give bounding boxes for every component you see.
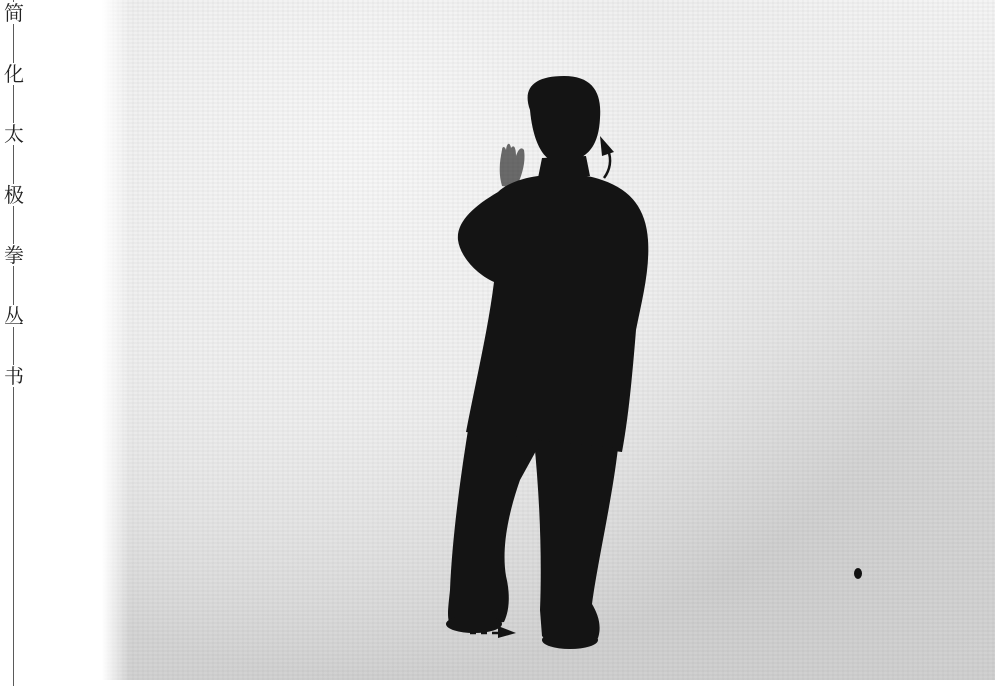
print-spot [854,568,862,579]
left-leg [448,430,542,628]
arrowhead-up [600,136,614,156]
photo-edge-fade [102,0,130,680]
practitioner-figure [102,0,995,680]
series-title-char: 太 [2,123,26,145]
torso [458,174,648,452]
head [528,76,601,160]
series-title-char: 化 [2,63,26,85]
series-title: 简 化 太 极 拳 丛 书 [0,2,28,426]
arrowhead-right [498,626,516,638]
tai-chi-photo [102,0,995,680]
series-title-char: 丛 [2,305,26,327]
series-title-char: 简 [2,2,26,24]
series-title-char: 书 [2,365,26,387]
right-leg [534,440,618,646]
series-title-char: 极 [2,184,26,206]
series-title-char: 拳 [2,244,26,266]
